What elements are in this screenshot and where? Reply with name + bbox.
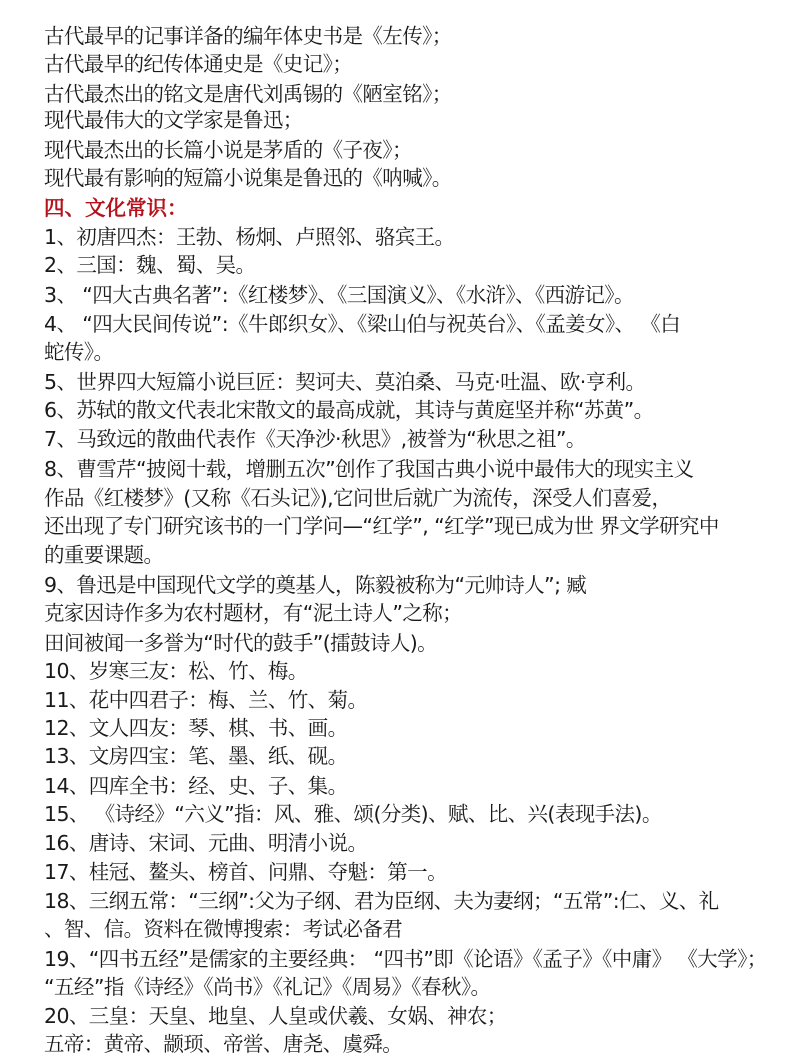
list-item: 5、世界四大短篇小说巨匠：契诃夫、莫泊桑、马克·吐温、欧·亨利。 [44, 368, 645, 396]
list-item: 18、三纲五常：“三纲”:父为子纲、君为臣纲、夫为妻纲；“五常”:仁、义、礼 [44, 887, 719, 915]
intro-line: 现代最有影响的短篇小说集是鲁迅的《呐喊》。 [44, 164, 452, 192]
list-item: 15、 《诗经》“六义”指：风、雅、颂(分类)、赋、比、兴(表现手法)。 [44, 800, 662, 828]
intro-line: 古代最杰出的铭文是唐代刘禹锡的《陋室铭》； [44, 80, 452, 108]
list-item: 10、岁寒三友：松、竹、梅。 [44, 657, 308, 685]
section-heading: 四、文化常识： [44, 194, 188, 222]
list-item-continuation: 五帝：黄帝、颛顼、帝喾、唐尧、虞舜。 [44, 1030, 402, 1058]
list-item: 17、桂冠、鳌头、榜首、问鼎、夺魁：第一。 [44, 858, 447, 886]
list-item: 12、文人四友：琴、棋、书、画。 [44, 714, 348, 742]
list-item: 11、花中四君子：梅、兰、竹、菊。 [44, 686, 367, 714]
list-item: 1、初唐四杰：王勃、杨炯、卢照邻、骆宾王。 [44, 223, 454, 251]
list-item: 4、 “四大民间传说”:《牛郎织女》、《梁山伯与祝英台》、《孟姜女》、 《白 [44, 310, 680, 338]
list-item: 6、苏轼的散文代表北宋散文的最高成就，其诗与黄庭坚并称“苏黄”。 [44, 396, 654, 424]
list-item-continuation: 田间被闻一多誉为“时代的鼓手”(擂鼓诗人)。 [44, 629, 437, 657]
list-item: 20、三皇：天皇、地皇、人皇或伏羲、女娲、神农； [44, 1002, 507, 1030]
list-item: 7、马致远的散曲代表作《天净沙·秋思》,被誉为“秋思之祖”。 [44, 425, 586, 453]
list-item-continuation: 、智、信。资料在微博搜索：考试必备君 [44, 915, 402, 943]
list-item: 2、三国：魏、蜀、吴。 [44, 251, 255, 279]
list-item: 13、文房四宝：笔、墨、纸、砚。 [44, 742, 348, 770]
list-item-continuation: 还出现了专门研究该书的一门学问—“红学”, “红学”现已成为世 界文学研究中 [44, 512, 719, 540]
list-item-continuation: “五经”指《诗经》《尚书》《礼记》《周易》《春秋》。 [44, 973, 490, 1001]
list-item-continuation: 的重要课题。 [44, 541, 163, 569]
intro-line: 古代最早的记事详备的编年体史书是《左传》； [44, 22, 452, 50]
intro-line: 古代最早的纪传体通史是《史记》； [44, 50, 352, 78]
list-item: 3、 “四大古典名著”:《红楼梦》、《三国演义》、《水浒》、《西游记》。 [44, 281, 634, 309]
list-item: 14、四库全书：经、史、子、集。 [44, 772, 348, 800]
list-item-continuation: 克家因诗作多为农村题材，有“泥土诗人”之称； [44, 599, 462, 627]
list-item-continuation: 作品《红楼梦》(又称《石头记》),它问世后就广为流传，深受人们喜爱， [44, 484, 671, 512]
list-item-continuation: 蛇传》。 [44, 338, 113, 366]
intro-line: 现代最伟大的文学家是鲁迅； [44, 106, 303, 134]
list-item: 16、唐诗、宋词、元曲、明清小说。 [44, 829, 367, 857]
list-item: 8、曹雪芹“披阅十载，增删五次”创作了我国古典小说中最伟大的现实主义 [44, 455, 693, 483]
list-item: 9、鲁迅是中国现代文学的奠基人，陈毅被称为“元帅诗人”; 臧 [44, 571, 586, 599]
intro-line: 现代最杰出的长篇小说是茅盾的《子夜》； [44, 136, 412, 164]
list-item: 19、“四书五经”是儒家的主要经典： “四书”即《论语》《孟子》《中庸》 《大学… [44, 945, 767, 973]
